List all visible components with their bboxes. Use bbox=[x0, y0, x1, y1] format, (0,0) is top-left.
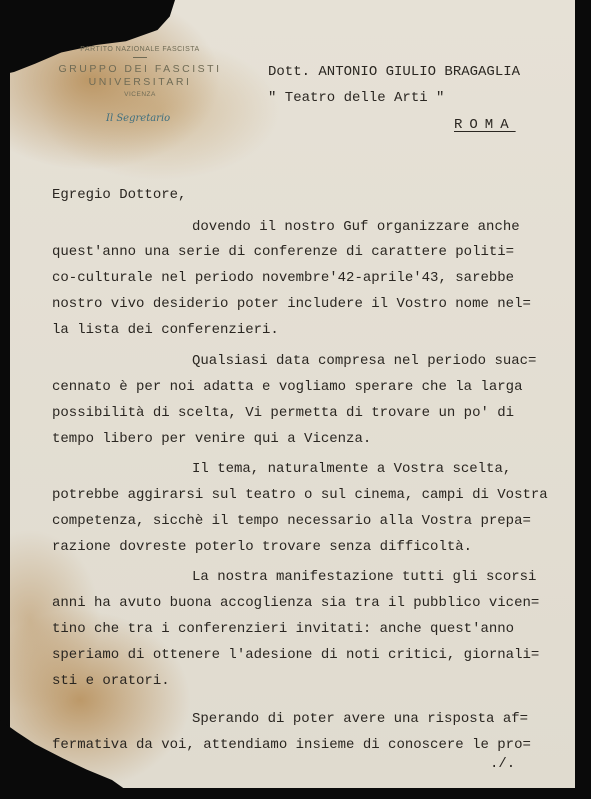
letterhead-signature-title: Il Segretario bbox=[50, 113, 230, 124]
letter-line: Qualsiasi data compresa nel periodo suac… bbox=[192, 353, 536, 369]
scan-border-right bbox=[575, 0, 591, 799]
letterhead-group-line1: GRUPPO DEI FASCISTI bbox=[50, 63, 230, 76]
letter-line: co-culturale nel periodo novembre'42-apr… bbox=[52, 270, 514, 286]
letter-line: competenza, sicchè il tempo necessario a… bbox=[52, 513, 531, 529]
letterhead-organization: PARTITO NAZIONALE FASCISTA bbox=[50, 46, 230, 53]
letter-line: potrebbe aggirarsi sul teatro o sul cine… bbox=[52, 487, 548, 503]
letter-line: fermativa da voi, attendiamo insieme di … bbox=[52, 737, 531, 753]
continuation-mark: ./. bbox=[490, 756, 515, 772]
letter-line: razione dovreste poterlo trovare senza d… bbox=[52, 539, 472, 555]
letter-line: La nostra manifestazione tutti gli scors… bbox=[192, 569, 536, 585]
recipient-city: ROMA bbox=[454, 117, 516, 133]
letterhead: PARTITO NAZIONALE FASCISTA GRUPPO DEI FA… bbox=[50, 46, 230, 124]
letter-line: quest'anno una serie di conferenze di ca… bbox=[52, 244, 514, 260]
recipient-institution: " Teatro delle Arti " bbox=[268, 90, 444, 106]
letter-line: la lista dei conferenzieri. bbox=[52, 322, 279, 338]
salutation: Egregio Dottore, bbox=[52, 187, 186, 203]
letter-line: tempo libero per venire qui a Vicenza. bbox=[52, 431, 371, 447]
letter-line: possibilità di scelta, Vi permetta di tr… bbox=[52, 405, 514, 421]
recipient-name: Dott. ANTONIO GIULIO BRAGAGLIA bbox=[268, 64, 520, 80]
letter-line: dovendo il nostro Guf organizzare anche bbox=[192, 219, 520, 235]
letterhead-group-line2: UNIVERSITARI bbox=[50, 76, 230, 89]
letter-line: cennato è per noi adatta e vogliamo sper… bbox=[52, 379, 522, 395]
letter-line: nostro vivo desiderio poter includere il… bbox=[52, 296, 531, 312]
letter-line: Il tema, naturalmente a Vostra scelta, bbox=[192, 461, 511, 477]
letter-line: speriamo di ottenere l'adesione di noti … bbox=[52, 647, 539, 663]
letter-line: tino che tra i conferenzieri invitati: a… bbox=[52, 621, 514, 637]
scan-border-bottom bbox=[0, 788, 591, 799]
letter-line: Sperando di poter avere una risposta af= bbox=[192, 711, 528, 727]
letter-line: anni ha avuto buona accoglienza sia tra … bbox=[52, 595, 539, 611]
letter-line: sti e oratori. bbox=[52, 673, 170, 689]
letterhead-rule bbox=[133, 57, 147, 58]
letterhead-city: VICENZA bbox=[50, 91, 230, 98]
